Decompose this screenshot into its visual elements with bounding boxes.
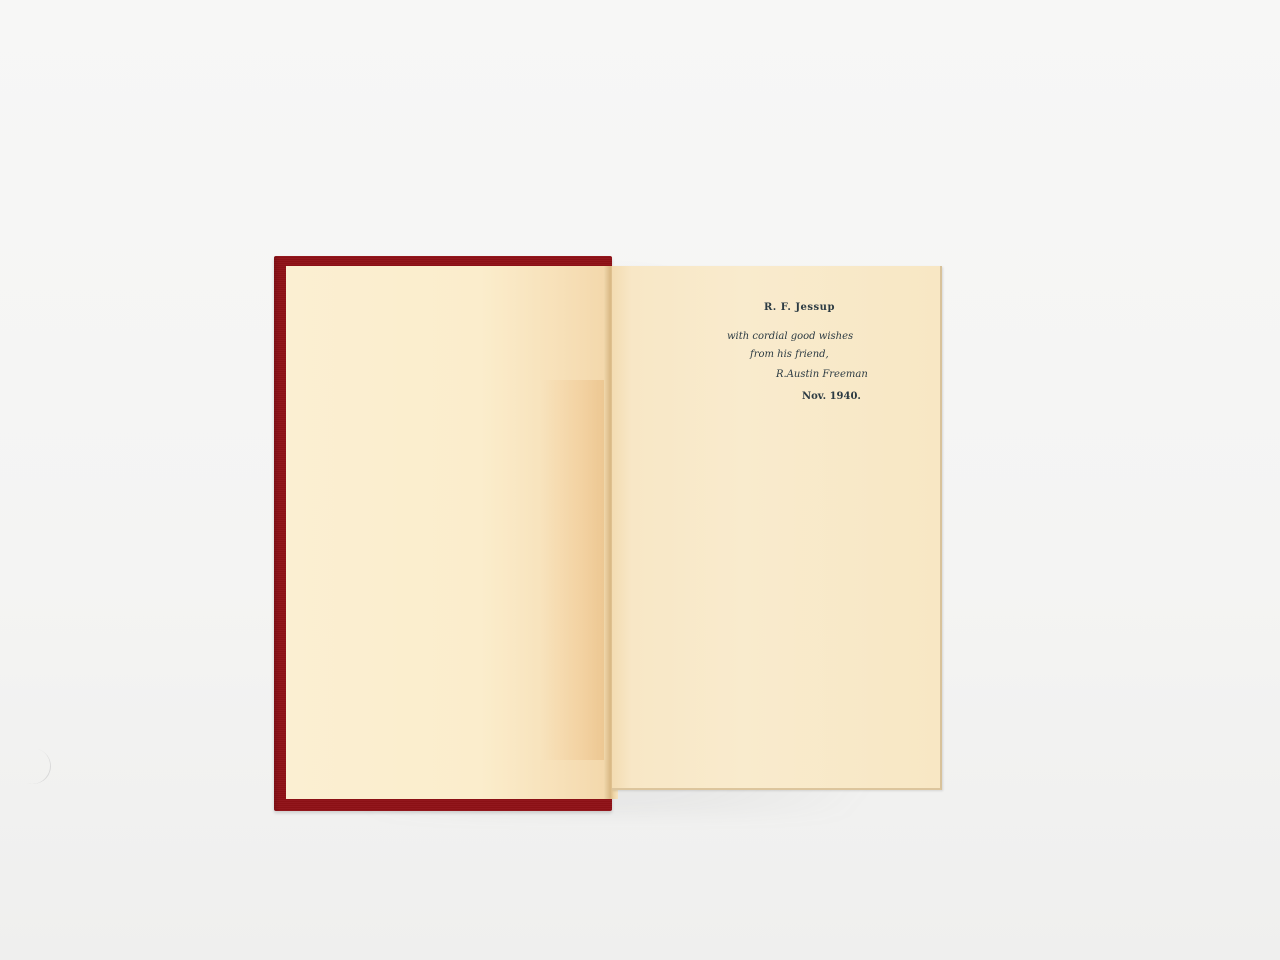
free-endpaper [612, 266, 942, 790]
foxing-stain [540, 380, 610, 760]
photo-scene: R. F. Jessup with cordial good wishes fr… [0, 0, 1280, 960]
inscription-recipient: R. F. Jessup [764, 303, 835, 313]
inscription-line-1: with cordial good wishes [727, 332, 853, 342]
inscription-line-2: from his friend, [750, 350, 829, 360]
background-mark [9, 743, 56, 789]
inscription-signature: R.Austin Freeman [776, 370, 868, 380]
inscription-date: Nov. 1940. [802, 392, 861, 402]
